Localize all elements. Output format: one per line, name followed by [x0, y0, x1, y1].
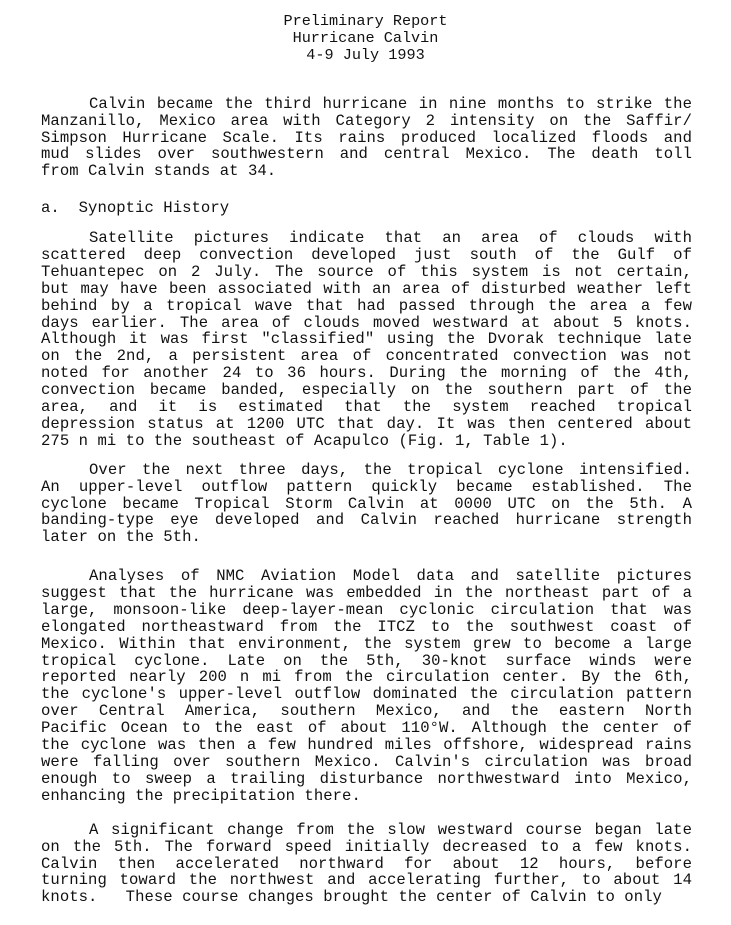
paragraph-line: were falling over southern Mexico. Calvi… [41, 754, 692, 771]
paragraph-line: the cyclone's upper-level outflow domina… [41, 686, 692, 703]
paragraph-line: scattered deep convection developed just… [41, 247, 692, 264]
paragraph-line: suggest that the hurricane was embedded … [41, 585, 692, 602]
paragraph-line: on the 5th. The forward speed initially … [41, 839, 692, 856]
paragraph-line: Manzanillo, Mexico area with Category 2 … [41, 113, 692, 130]
paragraph-line: the cyclone was then a few hundred miles… [41, 737, 692, 754]
paragraph-line: enhancing the precipitation there. [41, 788, 692, 805]
paragraph-line: Pacific Ocean to the east of about 110°W… [41, 720, 692, 737]
paragraph-line: turning toward the northwest and acceler… [41, 872, 692, 889]
paragraph-line: area, and it is estimated that the syste… [41, 399, 692, 416]
paragraph-line: 275 n mi to the southeast of Acapulco (F… [41, 433, 692, 450]
paragraph-line: Analyses of NMC Aviation Model data and … [89, 568, 692, 585]
paragraph-line: tropical cyclone. Late on the 5th, 30-kn… [41, 653, 692, 670]
paragraph-line: Over the next three days, the tropical c… [89, 462, 692, 479]
paragraph-line: but may have been associated with an are… [41, 281, 692, 298]
paragraph-line: Mexico. Within that environment, the sys… [41, 636, 692, 653]
paragraph-line: Although it was first "classified" using… [41, 331, 692, 348]
paragraph-line: later on the 5th. [41, 529, 692, 546]
paragraph-line: large, monsoon-like deep-layer-mean cycl… [41, 602, 692, 619]
paragraph-line: Simpson Hurricane Scale. Its rains produ… [41, 130, 692, 147]
paragraph-line: behind by a tropical wave that had passe… [41, 298, 692, 315]
title-line-report: Preliminary Report [0, 13, 731, 30]
paragraph-line: reported nearly 200 n mi from the circul… [41, 669, 692, 686]
paragraph-line: Satellite pictures indicate that an area… [89, 230, 692, 247]
paragraph-line: Calvin then accelerated northward for ab… [41, 856, 692, 873]
paragraph-line: mud slides over southwestern and central… [41, 146, 692, 163]
paragraph-line: A significant change from the slow westw… [89, 822, 692, 839]
paragraph-line: on the 2nd, a persistent area of concent… [41, 348, 692, 365]
paragraph-line: enough to sweep a trailing disturbance n… [41, 771, 692, 788]
report-title: Preliminary Report Hurricane Calvin 4-9 … [0, 13, 731, 65]
document-page: Preliminary Report Hurricane Calvin 4-9 … [0, 0, 731, 925]
paragraph-line: from Calvin stands at 34. [41, 163, 692, 180]
paragraph-line: cyclone became Tropical Storm Calvin at … [41, 496, 692, 513]
paragraph-line: Calvin became the third hurricane in nin… [89, 96, 692, 113]
paragraph-line: over Central America, southern Mexico, a… [41, 703, 692, 720]
title-line-storm: Hurricane Calvin [0, 30, 731, 47]
paragraph-line: depression status at 1200 UTC that day. … [41, 416, 692, 433]
section-heading: a. Synoptic History [41, 200, 692, 217]
paragraph-line: days earlier. The area of clouds moved w… [41, 315, 692, 332]
paragraph-line: noted for another 24 to 36 hours. During… [41, 365, 692, 382]
paragraph-line: Tehuantepec on 2 July. The source of thi… [41, 264, 692, 281]
paragraph-line: An upper-level outflow pattern quickly b… [41, 479, 692, 496]
paragraph-line: banding-type eye developed and Calvin re… [41, 512, 692, 529]
title-line-dates: 4-9 July 1993 [0, 47, 731, 64]
paragraph-line: convection became banded, especially on … [41, 382, 692, 399]
paragraph-line: knots. These course changes brought the … [41, 889, 692, 906]
paragraph-line: elongated northeastward from the ITCZ to… [41, 619, 692, 636]
